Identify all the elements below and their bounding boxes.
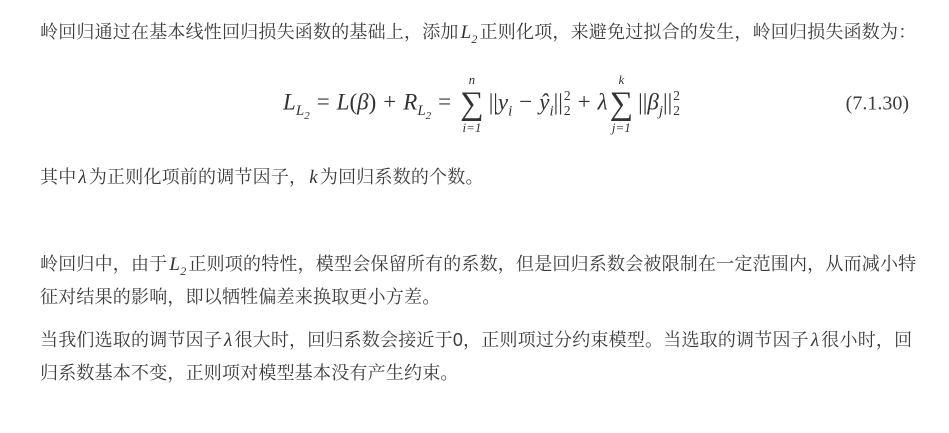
- text-segment: 当我们选取的调节因子: [40, 330, 222, 350]
- equation-block: LL2=L(β)+RL2=n∑i=1||yi−ŷi||22+λk∑j=1||βj…: [40, 65, 923, 143]
- inline-math-l2: L2: [461, 22, 478, 43]
- inline-math-l2: L2: [169, 254, 186, 275]
- sup-sub-stack: 22: [564, 89, 571, 119]
- document-body: 岭回归通过在基本线性回归损失函数的基础上，添加L2正则化项，来避免过拟合的发生，…: [0, 0, 949, 390]
- summation-k: k∑j=1: [610, 73, 634, 136]
- equation-ridge-loss: LL2=L(β)+RL2=n∑i=1||yi−ŷi||22+λk∑j=1||βj…: [283, 73, 680, 136]
- inline-math-lambda: λ: [811, 330, 819, 351]
- sup-sub-stack: 22: [673, 89, 680, 119]
- paragraph-ridge-property: 岭回归中，由于L2正则项的特性，模型会保留所有的系数，但是回归系数会被限制在一定…: [40, 248, 923, 314]
- inline-math-k: k: [309, 167, 318, 188]
- inline-math-lambda: λ: [224, 330, 232, 351]
- summation-n: n∑i=1: [460, 73, 484, 136]
- paragraph-lambda-k: 其中λ为正则化项前的调节因子，k为回归系数的个数。: [40, 161, 923, 194]
- math-var: L: [283, 89, 296, 114]
- sigma-symbol: ∑: [460, 88, 484, 121]
- text-segment: 为回归系数的个数。: [320, 167, 484, 187]
- text-segment: 为正则化项前的调节因子，: [89, 167, 307, 187]
- text-segment: 正则化项，来避免过拟合的发生，岭回归损失函数为：: [480, 22, 917, 42]
- text-segment: 岭回归中，由于: [40, 254, 167, 274]
- sigma-symbol: ∑: [610, 88, 634, 121]
- text-segment: 很大时，回归系数会接近于0，正则项过分约束模型。当选取的调节因子: [234, 330, 808, 350]
- text-segment: 岭回归通过在基本线性回归损失函数的基础上，添加: [40, 22, 459, 42]
- inline-math-lambda: λ: [78, 167, 86, 188]
- text-segment: 其中: [40, 167, 76, 187]
- paragraph-lambda-effect: 当我们选取的调节因子λ很大时，回归系数会接近于0，正则项过分约束模型。当选取的调…: [40, 324, 923, 390]
- equation-number: (7.1.30): [846, 93, 909, 116]
- paragraph-intro: 岭回归通过在基本线性回归损失函数的基础上，添加L2正则化项，来避免过拟合的发生，…: [40, 16, 923, 49]
